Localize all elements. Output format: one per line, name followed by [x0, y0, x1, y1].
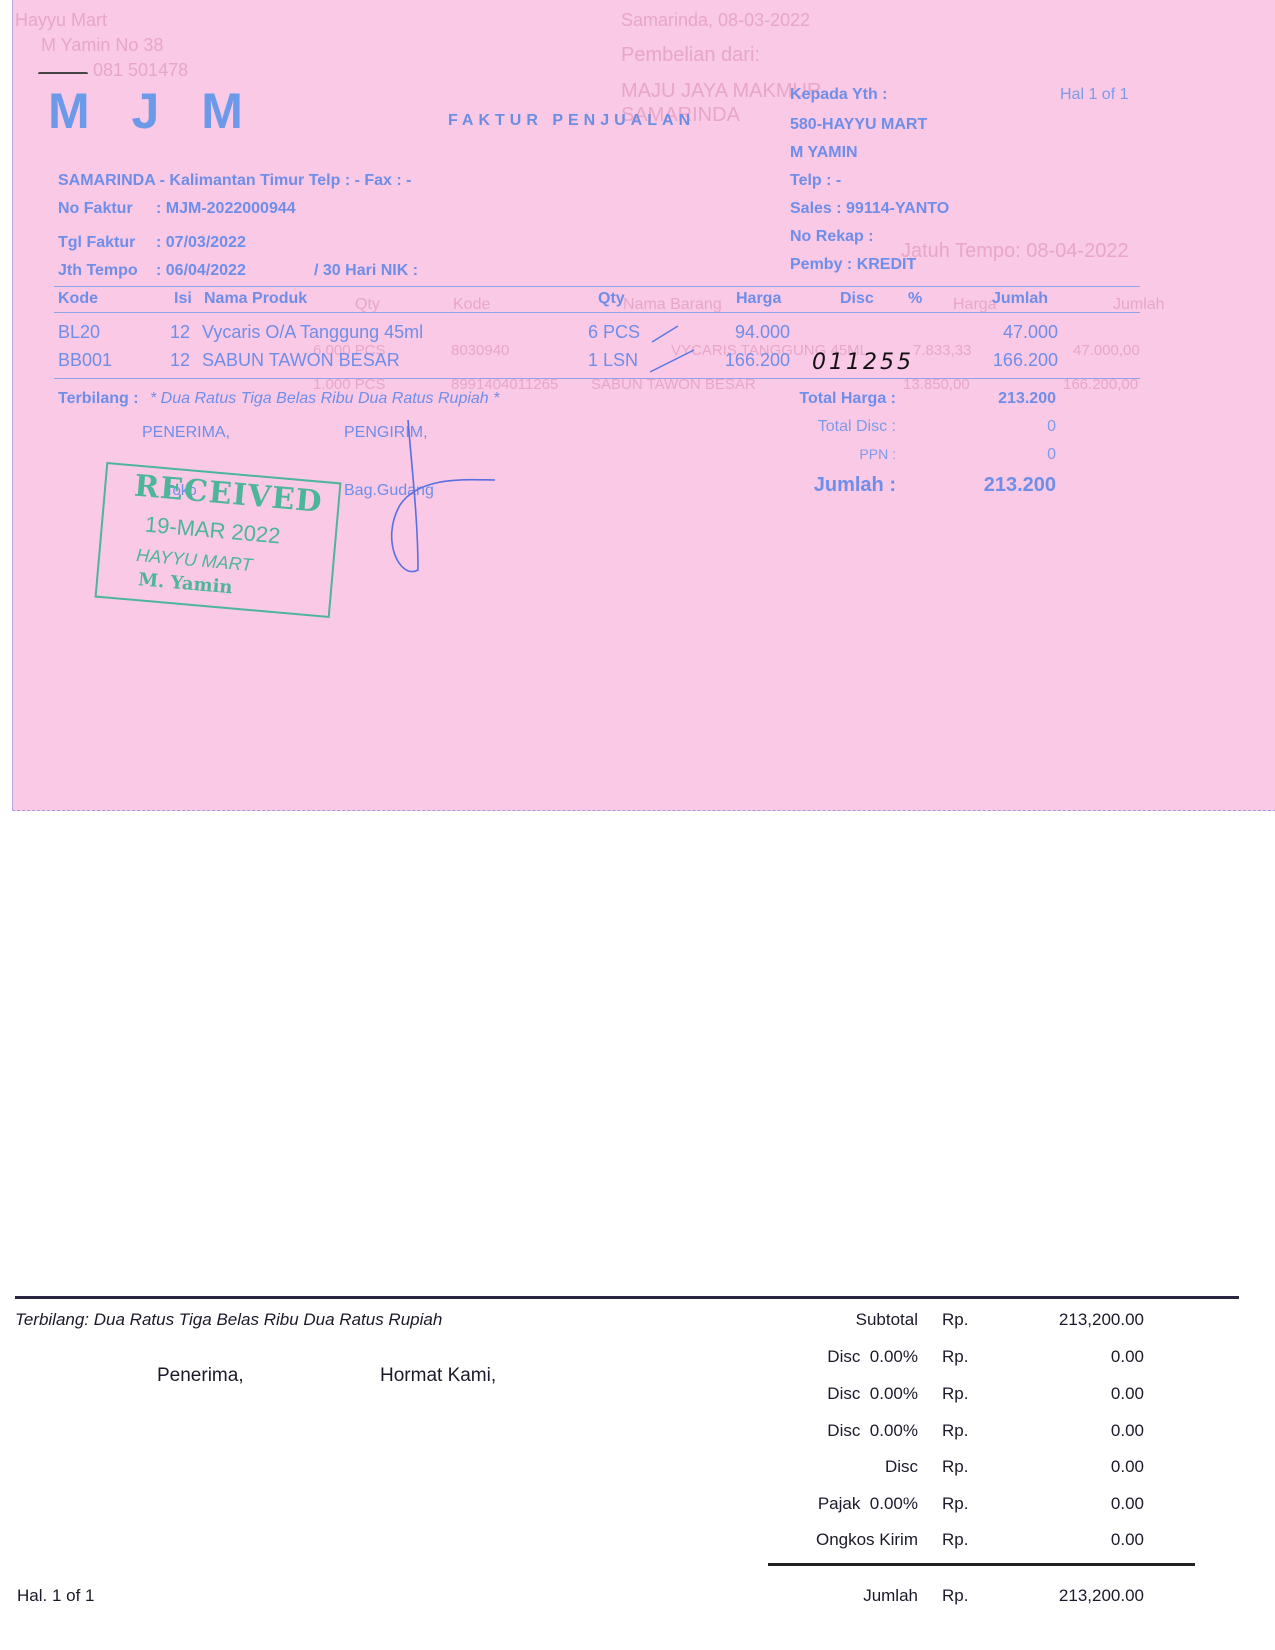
ghost-phone: 081 501478	[93, 60, 188, 81]
ppn-label: PPN :	[740, 446, 896, 462]
col-isi: Isi	[174, 290, 192, 308]
jth-tempo-label: Jth Tempo	[58, 262, 138, 280]
ghost-r1-jumlah: 47.000,00	[1073, 342, 1140, 359]
item-qty: 6 PCS	[588, 322, 640, 343]
tgl-faktur-label: Tgl Faktur	[58, 234, 135, 252]
item-jumlah: 166.200	[950, 350, 1058, 371]
summary-value: 0.00	[1000, 1457, 1144, 1477]
jumlah-value: 213.200	[940, 474, 1056, 497]
ghost-due: Jatuh Tempo: 08-04-2022	[901, 240, 1129, 263]
staple-mark	[38, 72, 88, 78]
summary-label: Subtotal	[720, 1310, 918, 1330]
jth-tempo-value: : 06/04/2022	[156, 262, 246, 280]
check-stroke-icon	[640, 314, 700, 374]
summary-value: 0.00	[1000, 1384, 1144, 1404]
receipt-terbilang: Terbilang: Dua Ratus Tiga Belas Ribu Dua…	[15, 1310, 442, 1330]
summary-rule	[768, 1563, 1195, 1566]
stamp-name: M. Yamin	[137, 569, 233, 598]
summary-label: Pajak 0.00%	[720, 1494, 918, 1514]
item-nama: SABUN TAWON BESAR	[202, 350, 400, 371]
receipt-penerima: Penerima,	[157, 1365, 244, 1387]
summary-value: 0.00	[1000, 1530, 1144, 1550]
col-qty: Qty	[598, 290, 625, 308]
summary-label: Disc 0.00%	[720, 1384, 918, 1404]
item-jumlah: 47.000	[950, 322, 1058, 343]
ghost-store: Hayyu Mart	[15, 10, 107, 31]
handwritten-note: 011255	[812, 350, 914, 375]
no-rekap: No Rekap :	[790, 228, 874, 246]
total-harga-label: Total Harga :	[740, 390, 896, 408]
col-pct: %	[908, 290, 922, 308]
summary-currency: Rp.	[942, 1421, 968, 1441]
summary-label: Disc 0.00%	[720, 1421, 918, 1441]
receipt-hormat: Hormat Kami,	[380, 1365, 496, 1387]
summary-value: 0.00	[1000, 1421, 1144, 1441]
table-bottom-rule	[54, 378, 1140, 379]
summary-currency: Rp.	[942, 1384, 968, 1404]
col-kode: Kode	[58, 290, 98, 308]
item-kode: BB001	[58, 350, 112, 371]
total-disc-value: 0	[940, 418, 1056, 436]
col-jumlah: Jumlah	[992, 290, 1048, 308]
col-nama: Nama Produk	[204, 290, 307, 308]
total-value: 213,200.00	[1000, 1586, 1144, 1606]
payment-method: Pemby : KREDIT	[790, 256, 916, 274]
item-harga: 166.200	[690, 350, 790, 371]
total-label: Jumlah	[720, 1586, 918, 1606]
section-rule	[15, 1296, 1239, 1299]
receipt-page: Hal. 1 of 1	[17, 1586, 95, 1606]
summary-label: Disc	[720, 1457, 918, 1477]
no-faktur-label: No Faktur	[58, 200, 133, 218]
summary-label: Disc 0.00%	[720, 1347, 918, 1367]
customer-name: M YAMIN	[790, 144, 858, 162]
summary-currency: Rp.	[942, 1347, 968, 1367]
ghost-address: M Yamin No 38	[41, 35, 163, 56]
penerima-label: PENERIMA,	[142, 424, 230, 442]
summary-currency: Rp.	[942, 1494, 968, 1514]
item-qty: 1 LSN	[588, 350, 638, 371]
invoice-title: FAKTUR PENJUALAN	[448, 112, 695, 130]
item-nama: Vycaris O/A Tanggung 45ml	[202, 322, 423, 343]
received-stamp: RECEIVED 19-MAR 2022 HAYYU MART M. Yamin	[95, 462, 342, 618]
ppn-value: 0	[940, 446, 1056, 464]
table-top-rule	[54, 286, 1140, 287]
summary-value: 213,200.00	[1000, 1310, 1144, 1330]
item-harga: 94.000	[690, 322, 790, 343]
total-harga-value: 213.200	[940, 390, 1056, 408]
summary-currency: Rp.	[942, 1310, 968, 1330]
ghost-purchase-from: Pembelian dari:	[621, 44, 760, 67]
summary-currency: Rp.	[942, 1457, 968, 1477]
signature-icon	[370, 410, 500, 590]
summary-value: 0.00	[1000, 1494, 1144, 1514]
total-currency: Rp.	[942, 1586, 968, 1606]
total-disc-label: Total Disc :	[740, 418, 896, 436]
summary-value: 0.00	[1000, 1347, 1144, 1367]
item-isi: 12	[170, 322, 190, 343]
item-isi: 12	[170, 350, 190, 371]
item-kode: BL20	[58, 322, 100, 343]
jumlah-label: Jumlah :	[740, 474, 896, 497]
col-harga: Harga	[736, 290, 781, 308]
stamp-date: 19-MAR 2022	[144, 512, 281, 550]
table-header-rule	[54, 312, 1140, 313]
company-logo: M J M	[48, 82, 257, 140]
ghost-city-date: Samarinda, 08-03-2022	[621, 10, 810, 31]
terbilang-text: * Dua Ratus Tiga Belas Ribu Dua Ratus Ru…	[150, 390, 499, 408]
customer-telp: Telp : -	[790, 172, 841, 190]
payment-term: / 30 Hari NIK :	[314, 262, 418, 280]
ghost-r1-kode: 8030940	[451, 342, 509, 359]
customer-code: 580-HAYYU MART	[790, 116, 927, 134]
col-disc: Disc	[840, 290, 874, 308]
summary-label: Ongkos Kirim	[720, 1530, 918, 1550]
page-indicator: Hal 1 of 1	[1060, 86, 1128, 104]
no-faktur-value: : MJM-2022000944	[156, 200, 296, 218]
terbilang-label: Terbilang :	[58, 390, 139, 408]
tgl-faktur-value: : 07/03/2022	[156, 234, 246, 252]
sales: Sales : 99114-YANTO	[790, 200, 949, 218]
to-label: Kepada Yth :	[790, 86, 888, 104]
company-address: SAMARINDA - Kalimantan Timur Telp : - Fa…	[58, 172, 412, 190]
summary-currency: Rp.	[942, 1530, 968, 1550]
